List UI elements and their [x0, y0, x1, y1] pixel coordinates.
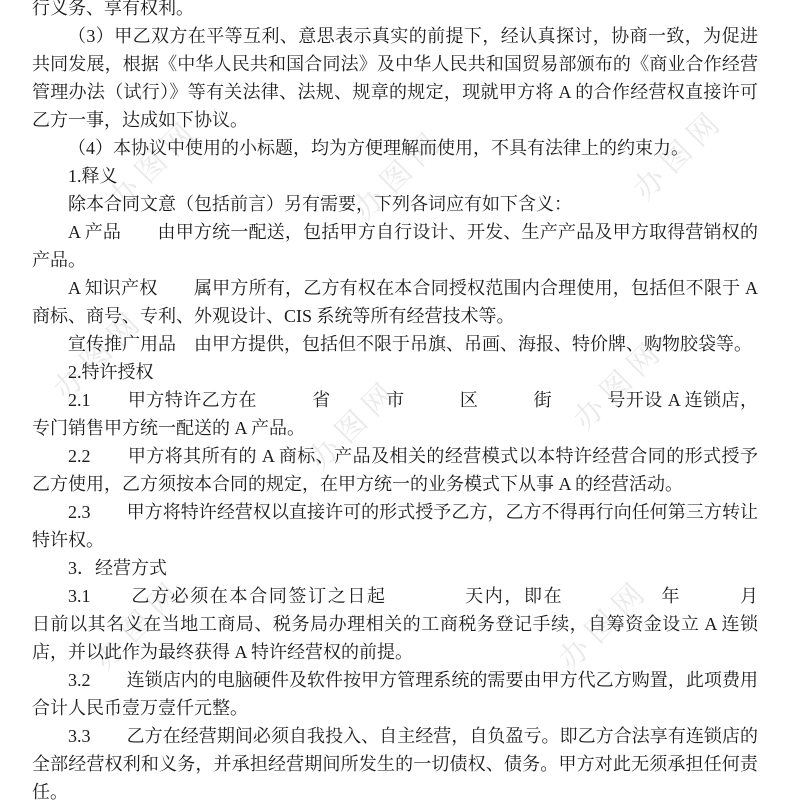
paragraph-clause-3: （3）甲乙双方在平等互利、意思表示真实的前提下，经认真探讨，协商一致，为促进共同… — [32, 22, 758, 134]
paragraph-clause-2-3: 2.3 甲方将特许经营权以直接许可的形式授予乙方，乙方不得再行向任何第三方转让特… — [32, 498, 758, 554]
paragraph-definition-product: A 产品 由甲方统一配送，包括甲方自行设计、开发、生产产品及甲方取得营销权的产品… — [32, 218, 758, 274]
heading-section-2-franchise-grant: 2.特许授权 — [32, 358, 758, 386]
paragraph-clause-4: （4）本协议中使用的小标题，均为方便理解而使用，不具有法律上的约束力。 — [32, 134, 758, 162]
paragraph-definition-promo-items: 宣传推广用品 由甲方提供，包括但不限于吊旗、吊画、海报、特价牌、购物胶袋等。 — [32, 330, 758, 358]
contract-text-body: 行义务、享有权利。 （3）甲乙双方在平等互利、意思表示真实的前提下，经认真探讨，… — [32, 0, 758, 800]
paragraph-clause-3-3: 3.3 乙方在经营期间必须自我投入、自主经营，自负盈亏。即乙方合法享有连锁店的全… — [32, 722, 758, 800]
document-page: 办图网 办图网 办图网 办图网 办图网 办图网 办图网 办图网 行义务、享有权利… — [0, 0, 800, 800]
heading-section-3-business-mode: 3．经营方式 — [32, 554, 758, 582]
paragraph-clause-2-1: 2.1 甲方特许乙方在 省 市 区 街 号开设 A 连锁店，专门销售甲方统一配送… — [32, 386, 758, 442]
paragraph-definition-ip: A 知识产权 属甲方所有，乙方有权在本合同授权范围内合理使用，包括但不限于 A … — [32, 274, 758, 330]
paragraph-continuation: 行义务、享有权利。 — [32, 0, 758, 22]
heading-section-1-definitions: 1.释义 — [32, 162, 758, 190]
paragraph-clause-2-2: 2.2 甲方将其所有的 A 商标、产品及相关的经营模式以本特许经营合同的形式授予… — [32, 442, 758, 498]
paragraph-clause-3-1: 3.1 乙方必须在本合同签订之日起 天内，即在 年 月 日前以其名义在当地工商局… — [32, 582, 758, 666]
paragraph-clause-3-2: 3.2 连锁店内的电脑硬件及软件按甲方管理系统的需要由甲方代乙方购置，此项费用合… — [32, 666, 758, 722]
paragraph-definitions-intro: 除本合同文意（包括前言）另有需要，下列各词应有如下含义： — [32, 190, 758, 218]
